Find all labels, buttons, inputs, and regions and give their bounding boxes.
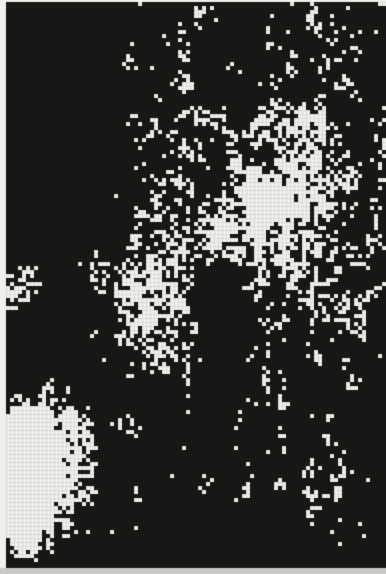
artwork-canvas — [0, 0, 386, 574]
artwork-photo — [0, 0, 386, 574]
